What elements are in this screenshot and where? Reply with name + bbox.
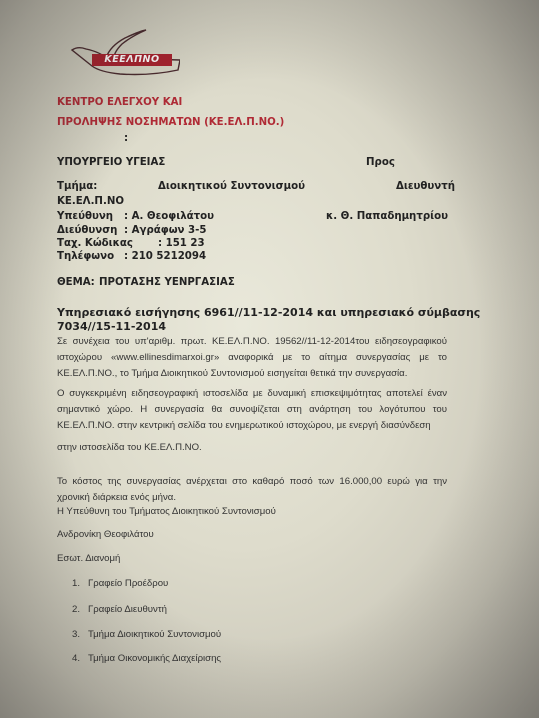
signature-role: Η Υπεύθυνη του Τμήματος Διοικητικού Συντ… — [57, 506, 276, 517]
paragraph-cost: Το κόστος της συνεργασίας ανέρχεται στο … — [57, 474, 447, 506]
dove-icon — [70, 28, 180, 78]
header-colon: : — [124, 133, 128, 144]
distribution-item: 4.Τμήμα Οικονομικής Διαχείρισης — [72, 653, 221, 664]
department-label: Τμήμα: — [57, 181, 97, 192]
org-name-line2: ΠΡΟΛΗΨΗΣ ΝΟΣΗΜΑΤΩΝ (ΚΕ.ΕΛ.Π.ΝΟ.) — [57, 117, 284, 128]
recipient-title: Διευθυντή — [396, 181, 455, 192]
subject-value: ΠΡΟΤΑΣΗΣ ΥΕΝΡΓΑΣΙΑΣ — [99, 277, 235, 288]
distribution-item: 3.Τμήμα Διοικητικού Συντονισμού — [72, 629, 221, 640]
paragraph-link: στην ιστοσελίδα του ΚΕ.ΕΛ.Π.ΝΟ. — [57, 440, 447, 456]
recipient-name: κ. Θ. Παπαδημητρίου — [326, 211, 448, 222]
sender-org: ΚΕ.ΕΛ.Π.ΝΟ — [57, 196, 124, 207]
distribution-item: 1.Γραφείο Προέδρου — [72, 578, 168, 589]
reference-line1: Υπηρεσιακό εισήγησης 6961//11-12-2014 κα… — [57, 306, 480, 319]
postal-code-label: Ταχ. Κώδικας — [57, 238, 133, 249]
logo-wordmark: ΚΕΕΛΠΝΟ — [92, 54, 172, 66]
distribution-label: Εσωτ. Διανομή — [57, 553, 120, 564]
keelpno-logo — [70, 28, 180, 78]
org-name-line1: ΚΕΝΤΡΟ ΕΛΕΓΧΟΥ ΚΑΙ — [57, 97, 182, 108]
signature-name: Ανδρονίκη Θεοφιλάτου — [57, 529, 154, 540]
distribution-item: 2.Γραφείο Διευθυντή — [72, 604, 167, 615]
to-label: Προς — [366, 157, 395, 168]
responsible-value: : Α. Θεοφιλάτου — [124, 211, 214, 222]
subject-label: ΘΕΜΑ: — [57, 277, 95, 288]
reference-line2: 7034//15-11-2014 — [57, 320, 166, 333]
paragraph-intro: Σε συνέχεια του υπ'αριθμ. πρωτ. ΚΕ.ΕΛ.Π.… — [57, 334, 447, 382]
ministry-name: ΥΠΟΥΡΓΕΙΟ ΥΓΕΙΑΣ — [57, 157, 165, 168]
responsible-label: Υπεύθυνη — [57, 211, 113, 222]
address-label: Διεύθυνση — [57, 225, 117, 236]
paragraph-website: Ο συγκεκριμένη ειδησεογραφική ιστοσελίδα… — [57, 386, 447, 434]
phone-label: Τηλέφωνο — [57, 251, 114, 262]
department-value: Διοικητικού Συντονισμού — [158, 181, 305, 192]
postal-code-value: : 151 23 — [158, 238, 205, 249]
phone-value: : 210 5212094 — [124, 251, 206, 262]
address-value: : Αγράφων 3-5 — [124, 225, 206, 236]
